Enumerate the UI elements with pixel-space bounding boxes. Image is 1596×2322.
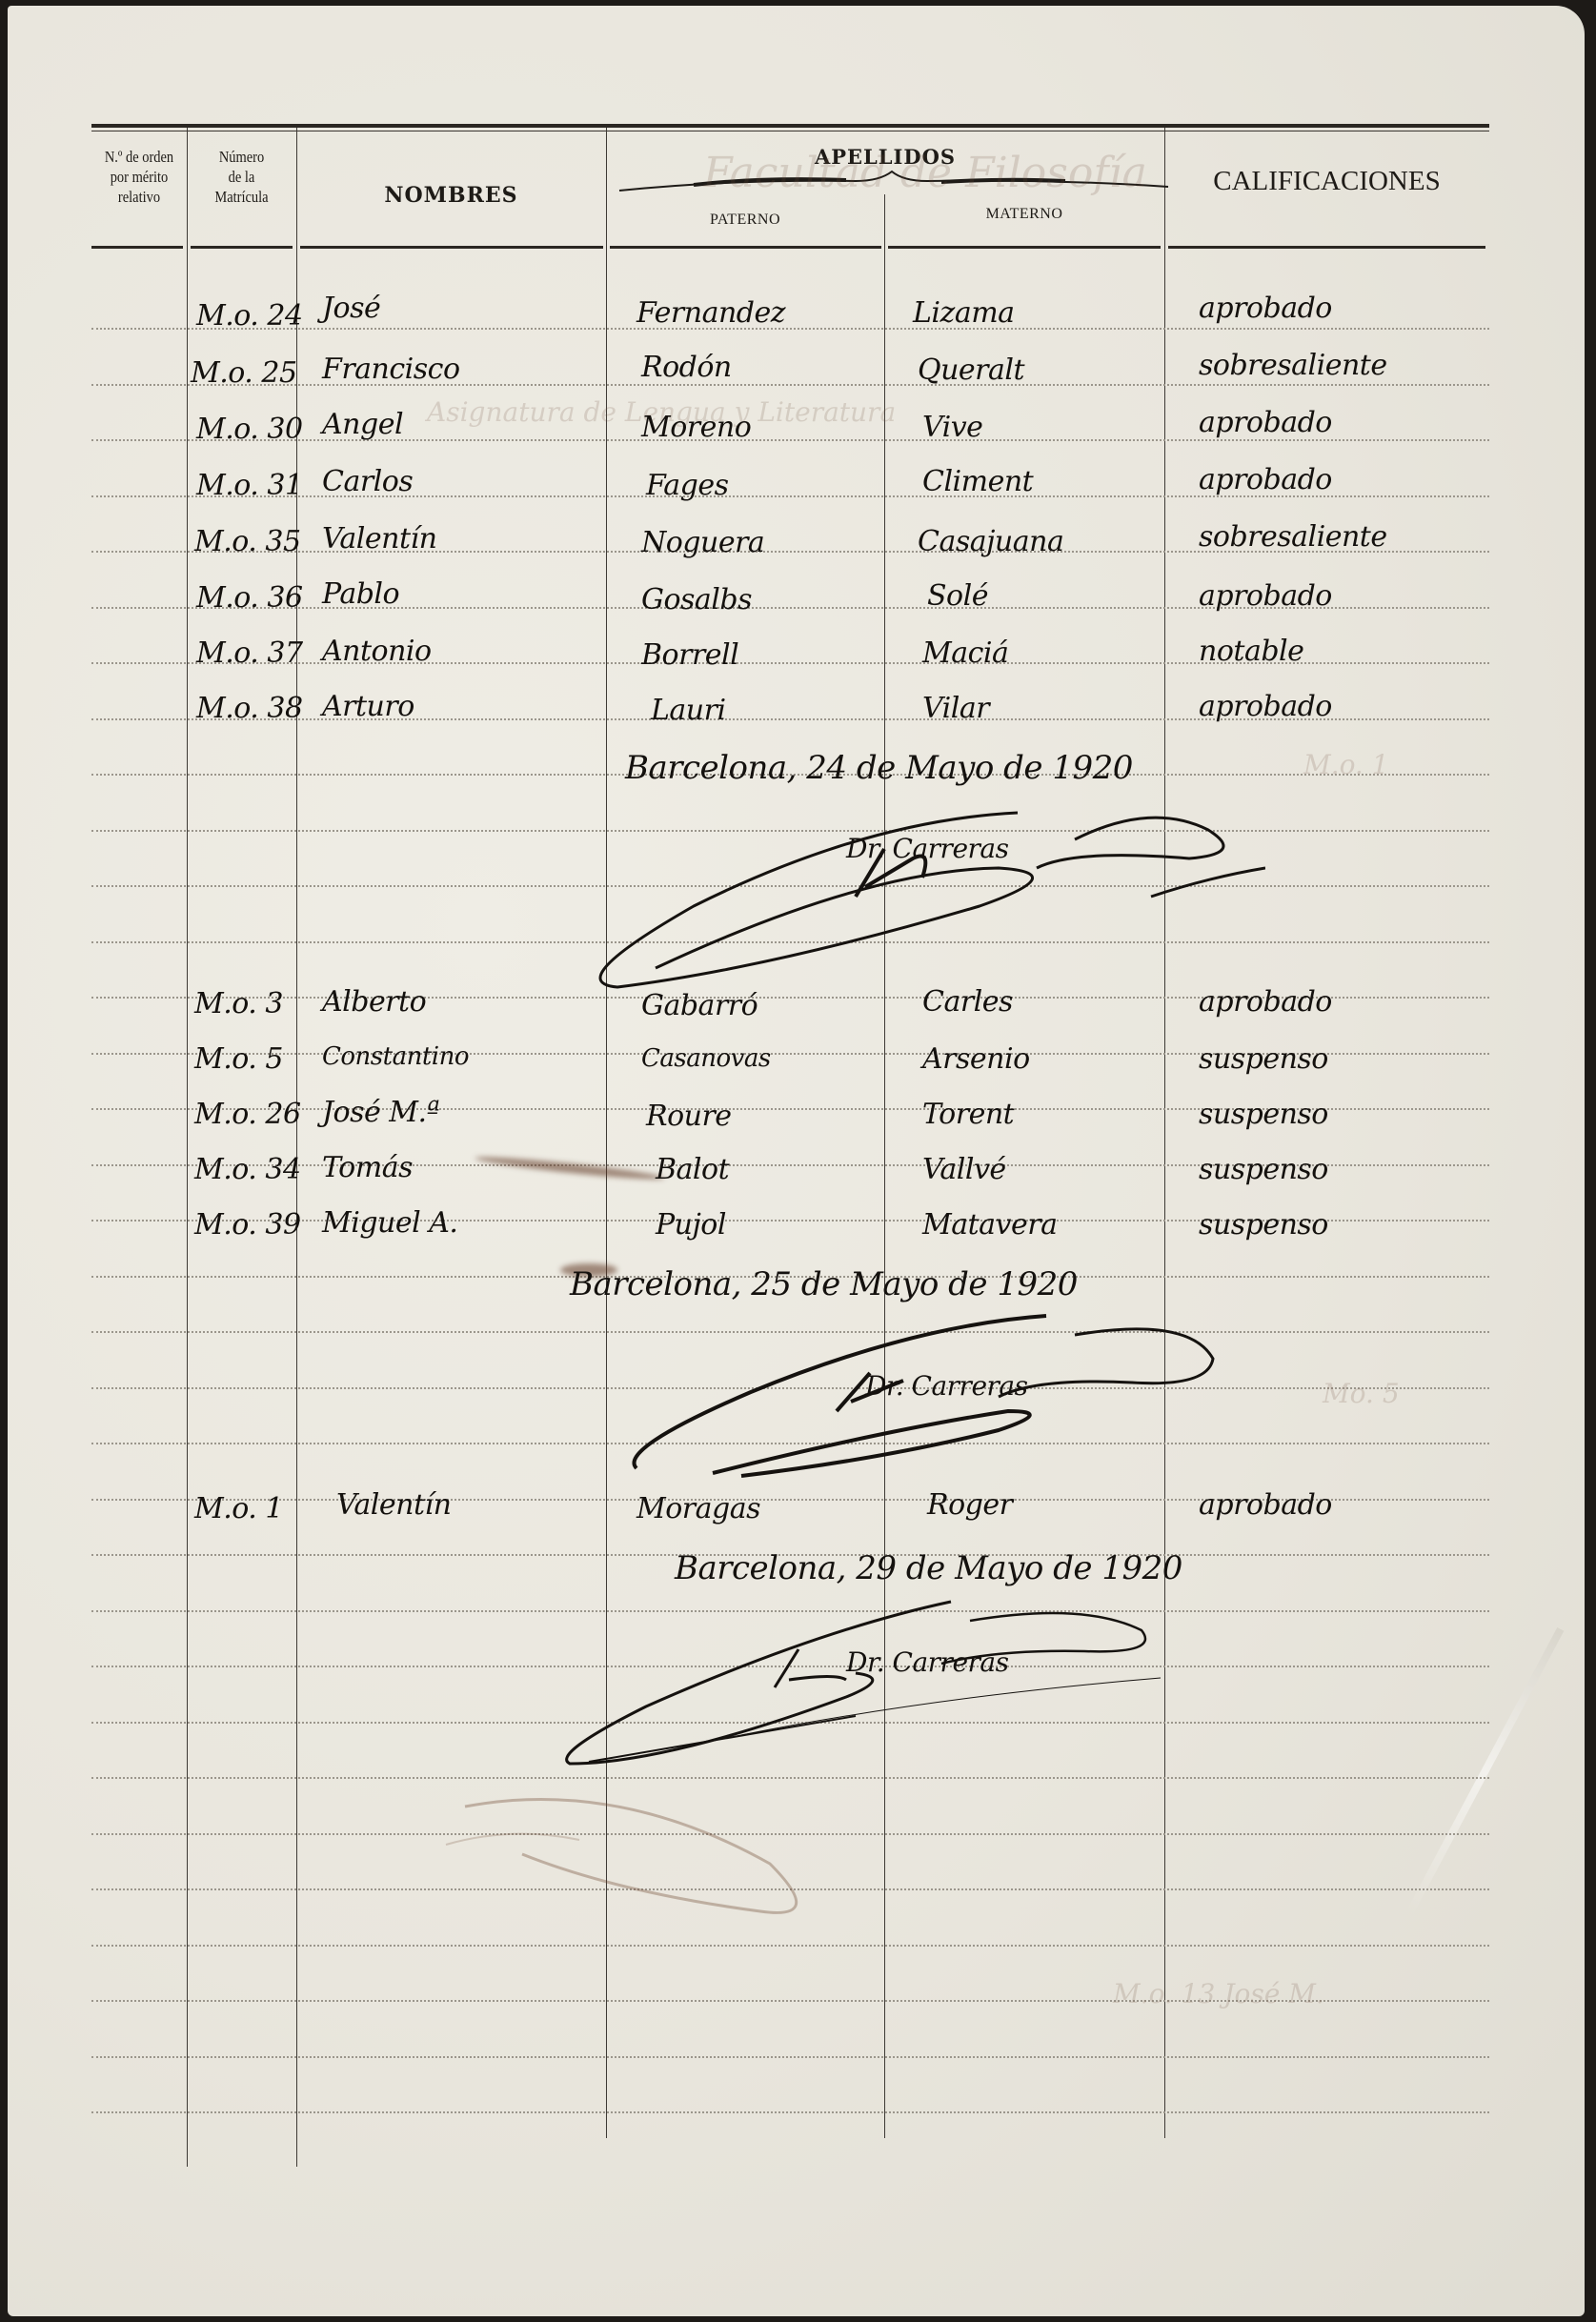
materno-cell: Maciá <box>922 636 1008 670</box>
paterno-cell: Balot <box>656 1153 729 1186</box>
header-orden-line: por mérito <box>99 167 180 187</box>
calificacion-cell: aprobado <box>1199 985 1332 1019</box>
matricula-cell: M.o. 26 <box>194 1098 301 1131</box>
materno-cell: Casajuana <box>918 525 1063 558</box>
header-matricula-line: de la <box>195 167 289 187</box>
paper-crease <box>1405 1627 1565 1917</box>
paterno-cell: Rodón <box>641 351 732 384</box>
bleed-through-signature <box>427 1787 922 1959</box>
paterno-cell: Casanovas <box>641 1044 771 1073</box>
header-rule <box>300 246 603 249</box>
document-page: N.º de orden por mérito relativo Número … <box>8 6 1585 2316</box>
nombre-cell: Alberto <box>322 985 426 1019</box>
header-orden-line: N.º de orden <box>99 147 180 167</box>
signature-text: Dr. Carreras <box>865 1370 1027 1402</box>
nombre-cell: Valentín <box>322 522 436 555</box>
calificacion-cell: aprobado <box>1199 406 1332 439</box>
ink-smudge <box>475 1154 665 1183</box>
calificacion-cell: sobresaliente <box>1199 520 1387 554</box>
calificacion-cell: aprobado <box>1199 579 1332 613</box>
header-rule <box>91 246 183 249</box>
materno-cell: Vilar <box>922 692 989 725</box>
matricula-cell: M.o. 39 <box>194 1208 301 1242</box>
header-matricula: Número de la Matrícula <box>195 147 289 207</box>
paterno-cell: Moreno <box>641 411 751 444</box>
nombre-cell: Angel <box>322 408 403 441</box>
matricula-cell: M.o. 30 <box>196 413 303 446</box>
header-rule <box>610 246 881 249</box>
bleed-through-text: Mo. 5 <box>1323 1378 1400 1409</box>
bleed-through-text: M.o. 13 José M. <box>1113 1978 1324 2009</box>
paterno-cell: Gosalbs <box>641 583 752 616</box>
matricula-cell: M.o. 5 <box>194 1042 283 1076</box>
top-rule-thin <box>91 131 1489 131</box>
calificacion-cell: aprobado <box>1199 463 1332 496</box>
matricula-cell: M.o. 36 <box>196 581 303 615</box>
header-rule <box>191 246 293 249</box>
signature-text: Dr. Carreras <box>846 1646 1008 1678</box>
paterno-cell: Lauri <box>651 694 726 727</box>
nombre-cell: Francisco <box>322 353 460 386</box>
column-divider-materno <box>1164 128 1165 2138</box>
header-rule <box>888 246 1161 249</box>
paterno-cell: Roure <box>646 1100 732 1133</box>
nombre-cell: Tomás <box>322 1151 413 1184</box>
nombre-cell: José M.ª <box>322 1096 439 1129</box>
header-matricula-line: Número <box>195 147 289 167</box>
nombre-cell: Miguel A. <box>322 1206 457 1240</box>
calificacion-cell: suspenso <box>1199 1042 1328 1076</box>
materno-cell: Solé <box>927 579 988 613</box>
calificacion-cell: suspenso <box>1199 1208 1328 1242</box>
paterno-cell: Noguera <box>641 526 764 559</box>
header-matricula-line: Matrícula <box>195 187 289 207</box>
header-calificaciones: CALIFICACIONES <box>1164 166 1489 197</box>
bleed-through-text: M.o. 1 <box>1303 749 1389 780</box>
nombre-cell: Constantino <box>322 1042 469 1071</box>
signature-flourish <box>551 1592 1237 1783</box>
materno-cell: Queralt <box>918 353 1024 387</box>
header-orden-line: relativo <box>99 187 180 207</box>
calificacion-cell: suspenso <box>1199 1098 1328 1131</box>
calificacion-cell: aprobado <box>1199 1488 1332 1522</box>
matricula-cell: M.o. 24 <box>196 299 303 333</box>
header-nombres: NOMBRES <box>296 183 606 208</box>
header-materno: MATERNO <box>884 206 1164 223</box>
paterno-cell: Borrell <box>641 638 738 672</box>
matricula-cell: M.o. 37 <box>196 636 303 670</box>
signature-text: Dr. Carreras <box>846 833 1008 864</box>
matricula-cell: M.o. 35 <box>194 525 301 558</box>
top-rule <box>91 124 1489 128</box>
matricula-cell: M.o. 34 <box>194 1153 301 1186</box>
matricula-cell: M.o. 38 <box>196 692 303 725</box>
paterno-cell: Pujol <box>656 1208 726 1242</box>
matricula-cell: M.o. 1 <box>194 1492 283 1525</box>
nombre-cell: Pablo <box>322 577 399 611</box>
date-line: Barcelona, 29 de Mayo de 1920 <box>675 1549 1182 1587</box>
materno-cell: Carles <box>922 985 1013 1019</box>
calificacion-cell: suspenso <box>1199 1153 1328 1186</box>
materno-cell: Vive <box>922 411 982 444</box>
paterno-cell: Gabarró <box>641 989 758 1022</box>
paterno-cell: Fernandez <box>636 296 785 330</box>
materno-cell: Arsenio <box>922 1042 1030 1076</box>
materno-cell: Torent <box>922 1098 1014 1131</box>
materno-cell: Vallvé <box>922 1153 1006 1186</box>
nombre-cell: Arturo <box>322 690 414 723</box>
matricula-cell: M.o. 3 <box>194 987 283 1020</box>
materno-cell: Matavera <box>922 1208 1057 1242</box>
nombre-cell: Valentín <box>336 1488 451 1522</box>
bleed-through-text: Facultad de Filosofía <box>703 149 1147 197</box>
column-divider-orden <box>187 128 188 2167</box>
nombre-cell: Antonio <box>322 635 432 668</box>
paterno-cell: Fages <box>646 469 729 502</box>
paterno-cell: Moragas <box>636 1492 760 1525</box>
nombre-cell: Carlos <box>322 465 413 498</box>
matricula-cell: M.o. 25 <box>191 356 297 390</box>
materno-cell: Lizama <box>913 296 1015 330</box>
calificacion-cell: sobresaliente <box>1199 349 1387 382</box>
signature-flourish <box>579 801 1265 1001</box>
materno-cell: Roger <box>927 1488 1012 1522</box>
calificacion-cell: notable <box>1199 635 1303 668</box>
header-paterno: PATERNO <box>606 212 884 229</box>
header-rule <box>1168 246 1485 249</box>
header-orden: N.º de orden por mérito relativo <box>99 147 180 207</box>
date-line: Barcelona, 24 de Mayo de 1920 <box>625 749 1133 787</box>
calificacion-cell: aprobado <box>1199 292 1332 325</box>
date-line: Barcelona, 25 de Mayo de 1920 <box>570 1265 1078 1303</box>
nombre-cell: José <box>322 292 380 325</box>
materno-cell: Climent <box>922 465 1033 498</box>
calificacion-cell: aprobado <box>1199 690 1332 723</box>
matricula-cell: M.o. 31 <box>196 469 303 502</box>
